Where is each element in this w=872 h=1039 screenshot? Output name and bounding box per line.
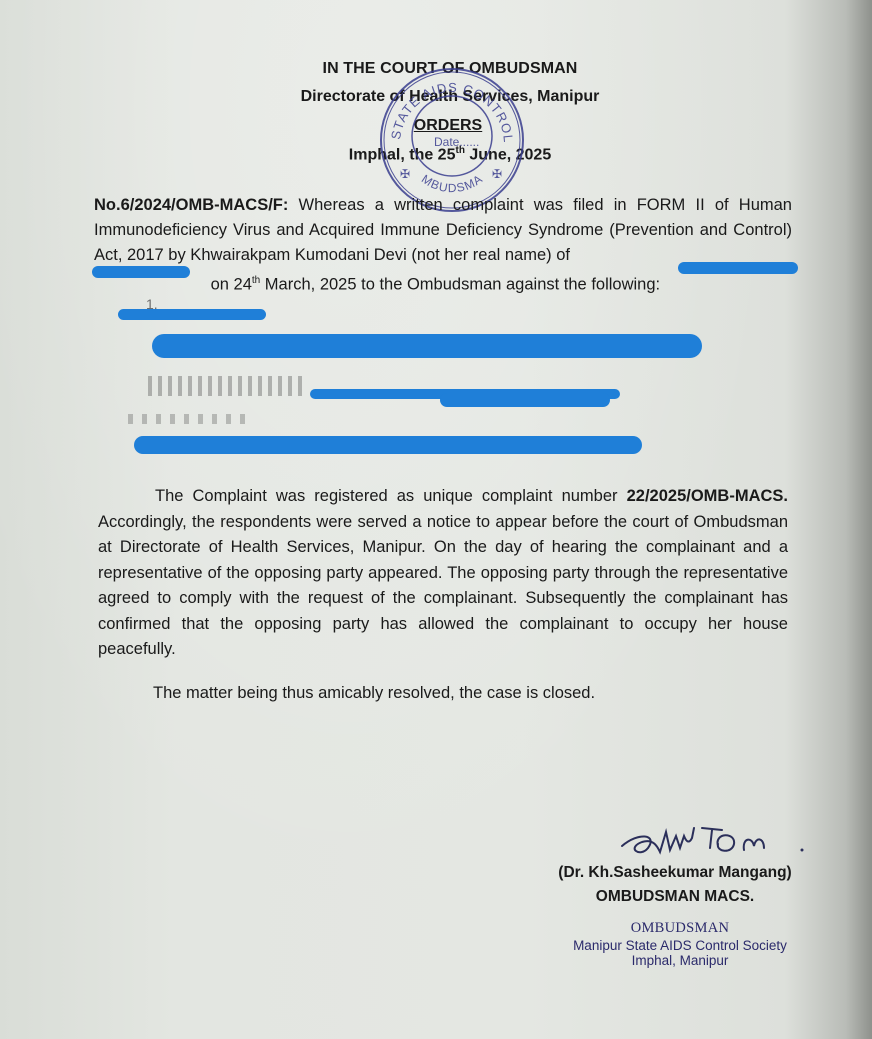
registration-paragraph: The Complaint was registered as unique c… [98, 484, 788, 663]
seal-line-3: Imphal, Manipur [540, 953, 820, 968]
order-date: Imphal, the 25th June, 2025 [14, 145, 872, 164]
orders-title: ORDERS [12, 117, 872, 135]
redaction-bar [134, 436, 642, 454]
complaint-number: 22/2025/OMB-MACS. [627, 487, 788, 505]
smudged-text [128, 414, 248, 424]
redaction-bar [678, 262, 798, 274]
smudged-text [148, 376, 308, 396]
signatory-name: (Dr. Kh.Sasheekumar Mangang) [520, 864, 830, 882]
court-heading: IN THE COURT OF OMBUDSMAN [14, 60, 872, 78]
svg-text:✠: ✠ [492, 167, 502, 181]
document-page: IN THE COURT OF OMBUDSMAN Directorate of… [0, 0, 872, 1039]
svg-text:✠: ✠ [400, 167, 410, 181]
directorate-heading: Directorate of Health Services, Manipur [14, 88, 872, 106]
office-seal: OMBUDSMAN Manipur State AIDS Control Soc… [540, 920, 820, 968]
redaction-bar [152, 334, 702, 358]
signatory-title: OMBUDSMAN MACS. [520, 888, 830, 906]
complaint-paragraph: No.6/2024/OMB-MACS/F: Whereas a written … [94, 193, 792, 298]
seal-line-1: OMBUDSMAN [540, 920, 820, 937]
redaction-bar [118, 309, 266, 320]
reference-number: No.6/2024/OMB-MACS/F: [94, 196, 288, 214]
seal-line-2: Manipur State AIDS Control Society [540, 938, 820, 953]
redaction-bar [92, 266, 190, 278]
redaction-bar [440, 393, 610, 407]
signature-icon [618, 818, 808, 860]
closing-paragraph: The matter being thus amicably resolved,… [153, 681, 753, 706]
